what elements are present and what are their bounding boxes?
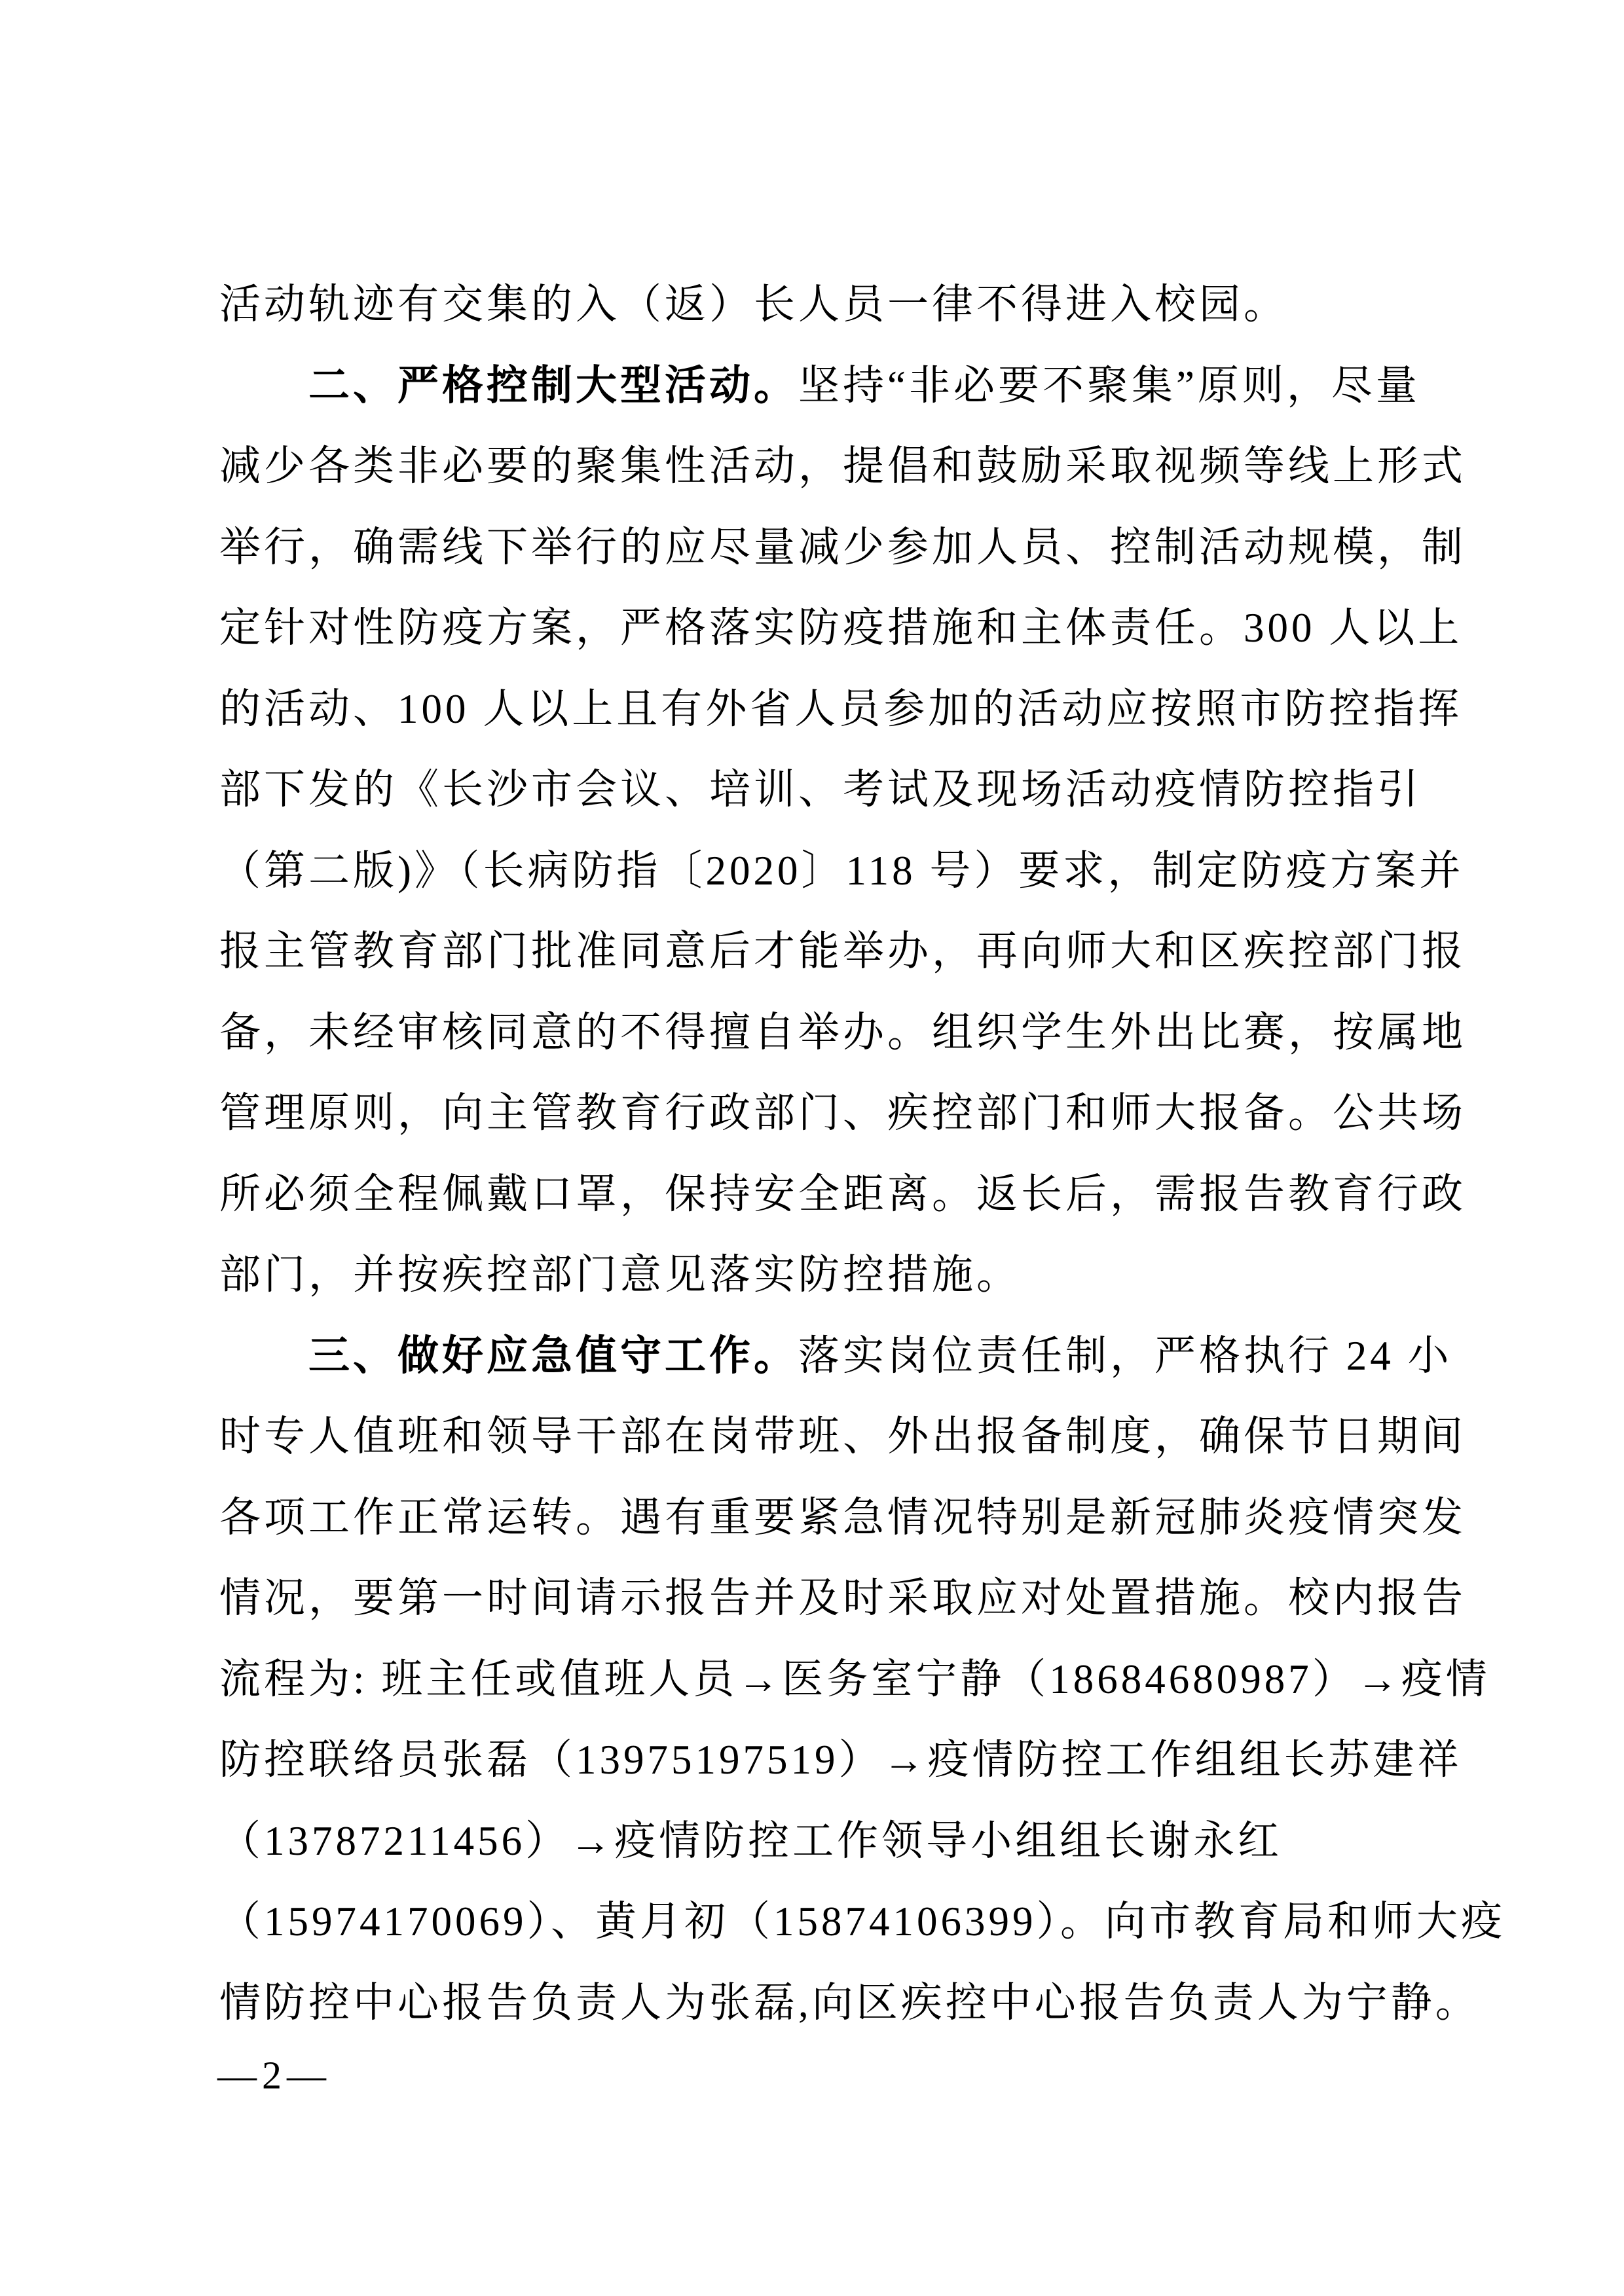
section-heading: 三、做好应急值守工作。 [308, 1333, 798, 1379]
text-line: （13787211456）→疫情防控工作领导小组组长谢永红 [219, 1801, 1470, 1882]
text-line: 时专人值班和领导干部在岗带班、外出报备制度，确保节日期间 [219, 1396, 1470, 1478]
line-text: 备，未经审核同意的不得擅自举办。组织学生外出比赛，按属地 [219, 1010, 1466, 1055]
line-text: （13787211456）→疫情防控工作领导小组组长谢永红 [219, 1818, 1282, 1864]
line-text: 管理原则，向主管教育行政部门、疾控部门和师大报备。公共场 [219, 1090, 1466, 1136]
line-text: 坚持“非必要不聚集”原则，尽量 [798, 363, 1420, 409]
document-body: 活动轨迹有交集的入（返）长人员一律不得进入校园。二、严格控制大型活动。坚持“非必… [219, 264, 1470, 2043]
text-line: 的活动、100 人以上且有外省人员参加的活动应按照市防控指挥 [219, 669, 1470, 750]
line-text: 报主管教育部门批准同意后才能举办，再向师大和区疾控部门报 [219, 928, 1466, 974]
text-line: 减少各类非必要的聚集性活动，提倡和鼓励采取视频等线上形式 [219, 426, 1470, 507]
text-line: 备，未经审核同意的不得擅自举办。组织学生外出比赛，按属地 [219, 993, 1470, 1074]
line-text: 各项工作正常运转。遇有重要紧急情况特别是新冠肺炎疫情突发 [219, 1495, 1466, 1540]
section-heading: 二、严格控制大型活动。 [308, 363, 798, 409]
text-line: 部门，并按疾控部门意见落实防控措施。 [219, 1235, 1470, 1316]
text-line: 情况，要第一时间请示报告并及时采取应对处置措施。校内报告 [219, 1558, 1470, 1639]
text-line: 情防控中心报告负责人为张磊,向区疾控中心报告负责人为宁静。 [219, 1963, 1470, 2044]
line-text: 情防控中心报告负责人为张磊,向区疾控中心报告负责人为宁静。 [219, 1980, 1480, 2026]
line-text: 情况，要第一时间请示报告并及时采取应对处置措施。校内报告 [219, 1575, 1466, 1621]
line-text: 减少各类非必要的聚集性活动，提倡和鼓励采取视频等线上形式 [219, 443, 1466, 489]
text-line: 所必须全程佩戴口罩，保持安全距离。返长后，需报告教育行政 [219, 1154, 1470, 1235]
page-number: —2— [217, 2053, 331, 2098]
document-page: 活动轨迹有交集的入（返）长人员一律不得进入校园。二、严格控制大型活动。坚持“非必… [0, 0, 1624, 2296]
line-text: 的活动、100 人以上且有外省人员参加的活动应按照市防控指挥 [219, 686, 1462, 732]
text-line: 管理原则，向主管教育行政部门、疾控部门和师大报备。公共场 [219, 1073, 1470, 1154]
line-text: （第二版)》（长病防指〔2020〕118 号）要求，制定防疫方案并 [219, 848, 1464, 894]
line-text: 部下发的《长沙市会议、培训、考试及现场活动疫情防控指引 [219, 767, 1422, 812]
text-line: 定针对性防疫方案，严格落实防疫措施和主体责任。300 人以上 [219, 588, 1470, 669]
text-line: 活动轨迹有交集的入（返）长人员一律不得进入校园。 [219, 264, 1470, 346]
line-text: 举行，确需线下举行的应尽量减少参加人员、控制活动规模，制 [219, 524, 1466, 570]
text-line: （第二版)》（长病防指〔2020〕118 号）要求，制定防疫方案并 [219, 831, 1470, 912]
line-text: 定针对性防疫方案，严格落实防疫措施和主体责任。300 人以上 [219, 605, 1462, 651]
line-text: 落实岗位责任制，严格执行 24 小 [798, 1333, 1452, 1379]
text-line: 各项工作正常运转。遇有重要紧急情况特别是新冠肺炎疫情突发 [219, 1478, 1470, 1559]
line-text: 时专人值班和领导干部在岗带班、外出报备制度，确保节日期间 [219, 1413, 1466, 1459]
text-line: （15974170069）、黄月初（15874106399）。向市教育局和师大疫 [219, 1882, 1470, 1963]
line-text: 流程为: 班主任或值班人员→医务室宁静（18684680987）→疫情 [219, 1656, 1490, 1702]
text-line: 三、做好应急值守工作。落实岗位责任制，严格执行 24 小 [219, 1316, 1470, 1397]
text-line: 举行，确需线下举行的应尽量减少参加人员、控制活动规模，制 [219, 507, 1470, 589]
text-line: 部下发的《长沙市会议、培训、考试及现场活动疫情防控指引 [219, 750, 1470, 831]
line-text: 活动轨迹有交集的入（返）长人员一律不得进入校园。 [219, 282, 1288, 327]
line-text: （15974170069）、黄月初（15874106399）。向市教育局和师大疫 [219, 1899, 1505, 1944]
text-line: 防控联络员张磊（13975197519）→疫情防控工作组组长苏建祥 [219, 1720, 1470, 1801]
text-line: 报主管教育部门批准同意后才能举办，再向师大和区疾控部门报 [219, 911, 1470, 993]
text-line: 流程为: 班主任或值班人员→医务室宁静（18684680987）→疫情 [219, 1639, 1470, 1721]
line-text: 防控联络员张磊（13975197519）→疫情防控工作组组长苏建祥 [219, 1737, 1462, 1783]
text-line: 二、严格控制大型活动。坚持“非必要不聚集”原则，尽量 [219, 346, 1470, 427]
line-text: 部门，并按疾控部门意见落实防控措施。 [219, 1252, 1021, 1298]
line-text: 所必须全程佩戴口罩，保持安全距离。返长后，需报告教育行政 [219, 1171, 1466, 1217]
